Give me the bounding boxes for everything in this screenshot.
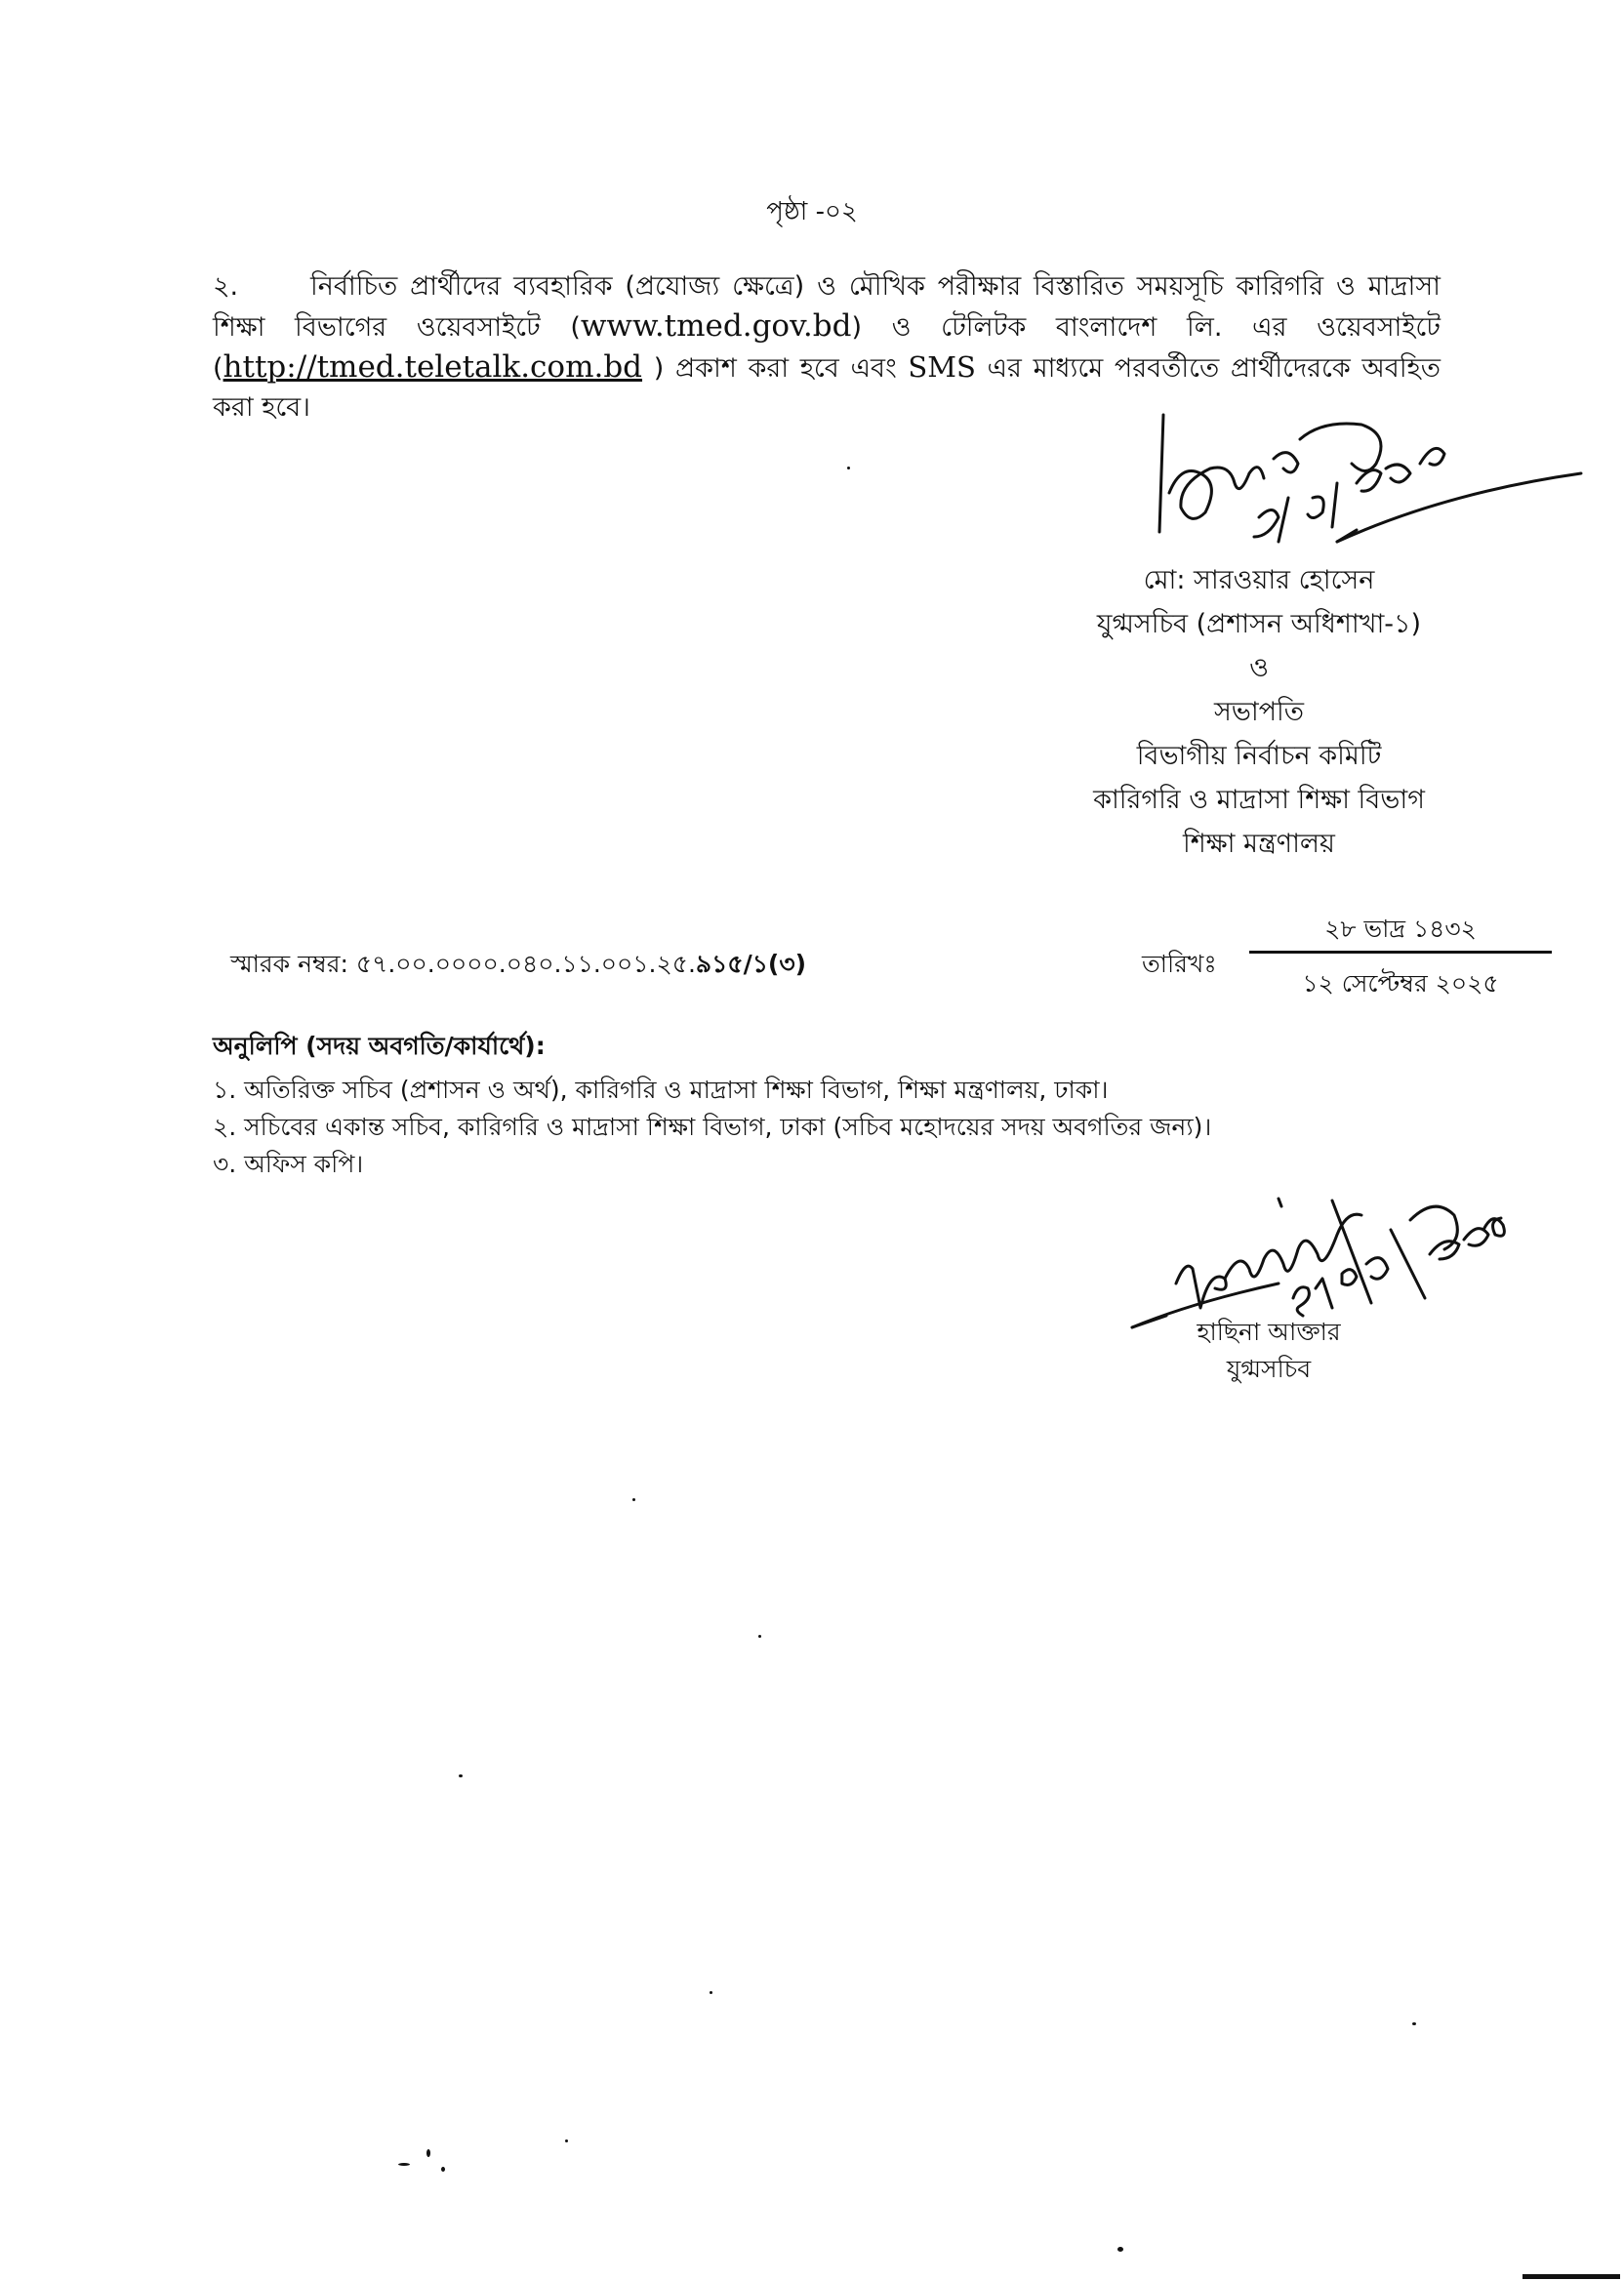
scan-speck xyxy=(758,1635,761,1638)
signatory-1-block: মো: সারওয়ার হোসেন যুগ্মসচিব (প্রশাসন অধ… xyxy=(986,558,1532,866)
scan-speck xyxy=(1522,2274,1620,2279)
signatory-1-designation: যুগ্মসচিব (প্রশাসন অধিশাখা-১) xyxy=(986,602,1532,646)
signatory-1-committee: বিভাগীয় নির্বাচন কমিটি xyxy=(986,734,1532,778)
signatory-1-ministry: শিক্ষা মন্ত্রণালয় xyxy=(986,822,1532,866)
memo-label: স্মারক নম্বর: xyxy=(230,950,356,978)
signatory-1-role: সভাপতি xyxy=(986,690,1532,734)
scan-speck xyxy=(426,2149,430,2157)
signature-1-icon xyxy=(1152,405,1562,551)
scan-speck xyxy=(398,2163,410,2166)
date-gregorian: ১২ সেপ্টেম্বর ২০২৫ xyxy=(1249,964,1552,1006)
website-link-teletalk[interactable]: http://tmed.teletalk.com.bd xyxy=(223,349,642,385)
copy-to-item: ১. অতিরিক্ত সচিব (প্রশাসন ও অর্থ), কারিগ… xyxy=(213,1072,1211,1109)
scan-speck xyxy=(632,1498,635,1501)
signatory-1-division: কারিগরি ও মাদ্রাসা শিক্ষা বিভাগ xyxy=(986,778,1532,822)
copy-to-item: ২. সচিবের একান্ত সচিব, কারিগরি ও মাদ্রাস… xyxy=(213,1109,1211,1146)
memo-number-regular: ৫৭.০০.০০০০.০৪০.১১.০০১.২৫. xyxy=(356,950,696,978)
website-link-tmed[interactable]: www.tmed.gov.bd xyxy=(581,308,852,344)
signatory-1-name: মো: সারওয়ার হোসেন xyxy=(986,558,1532,602)
date-bangla: ২৮ ভাদ্র ১৪৩২ xyxy=(1249,910,1552,952)
scan-speck xyxy=(847,467,850,469)
scan-speck xyxy=(441,2167,445,2172)
memo-number: স্মারক নম্বর: ৫৭.০০.০০০০.০৪০.১১.০০১.২৫.৯… xyxy=(230,945,806,987)
date-label: তারিখঃ xyxy=(1142,945,1217,987)
scan-speck xyxy=(1117,2247,1123,2252)
copy-to-item: ৩. অফিস কপি। xyxy=(213,1146,1211,1183)
paragraph-text-3: ) প্রকাশ করা হবে এবং xyxy=(642,353,908,384)
copy-to-list: ১. অতিরিক্ত সচিব (প্রশাসন ও অর্থ), কারিগ… xyxy=(213,1072,1211,1183)
scan-speck xyxy=(565,2139,568,2142)
signatory-1-conjunction: ও xyxy=(986,646,1532,690)
date-divider xyxy=(1249,951,1552,954)
copy-to-title: অনুলিপি (সদয় অবগতি/কার্যার্থে): xyxy=(213,1027,546,1069)
memo-number-bold: ৯১৫/১(৩) xyxy=(696,950,806,978)
signatory-2-name: হাছিনা আক্তার xyxy=(1142,1314,1396,1351)
sms-text: SMS xyxy=(908,350,975,384)
scan-speck xyxy=(459,1774,463,1777)
signatory-2-designation: যুগ্মসচিব xyxy=(1142,1351,1396,1388)
page-number: পৃষ্ঠা -০২ xyxy=(0,191,1624,234)
scan-speck xyxy=(1412,2022,1416,2025)
scan-speck xyxy=(710,1991,712,1994)
paragraph-number: ২. xyxy=(213,267,310,306)
signatory-2-block: হাছিনা আক্তার যুগ্মসচিব xyxy=(1142,1314,1396,1388)
body-paragraph: ২.নির্বাচিত প্রার্থীদের ব্যবহারিক (প্রযো… xyxy=(213,267,1441,428)
